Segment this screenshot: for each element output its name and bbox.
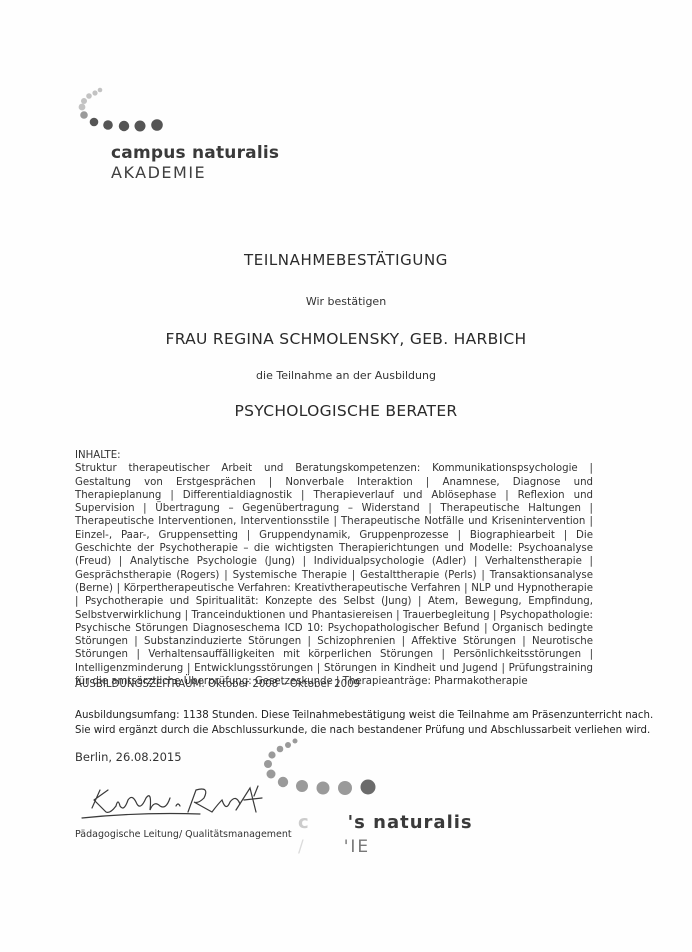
contents-section: INHALTE: Struktur therapeutischer Arbeit… xyxy=(75,449,593,688)
brand-subtitle: AKADEMIE xyxy=(111,163,279,183)
signatory-role: Pädagogische Leitung/ Qualitätsmanagemen… xyxy=(75,829,292,840)
stamp-name: c's naturalis xyxy=(298,812,473,833)
training-period: AUSBILDUNGSZEITRAUM: Oktober 2008 – Okto… xyxy=(75,679,360,690)
confirm-text: Wir bestätigen xyxy=(0,295,692,308)
certificate-page: campus naturalis AKADEMIE TEILNAHMEBESTÄ… xyxy=(0,0,692,952)
certificate-title: TEILNAHMEBESTÄTIGUNG xyxy=(0,251,692,269)
stamp-subtitle: /'IE xyxy=(298,837,473,857)
program-name: PSYCHOLOGISCHE BERATER xyxy=(0,402,692,420)
brand-logo: campus naturalis AKADEMIE xyxy=(111,143,279,183)
place-date: Berlin, 26.08.2015 xyxy=(75,750,182,764)
scope-line-1: Ausbildungsumfang: 1138 Stunden. Diese T… xyxy=(75,708,605,723)
training-scope: Ausbildungsumfang: 1138 Stunden. Diese T… xyxy=(75,708,605,738)
participant-name: FRAU REGINA SCHMOLENSKY, GEB. HARBICH xyxy=(0,330,692,348)
contents-text: Struktur therapeutischer Arbeit und Bera… xyxy=(75,462,593,688)
signature xyxy=(82,775,272,825)
brand-stamp: c's naturalis /'IE xyxy=(298,812,473,857)
scope-line-2: Sie wird ergänzt durch die Abschlussurku… xyxy=(75,723,605,738)
contents-label: INHALTE: xyxy=(75,449,593,462)
participation-text: die Teilnahme an der Ausbildung xyxy=(0,369,692,382)
brand-name: campus naturalis xyxy=(111,143,279,163)
